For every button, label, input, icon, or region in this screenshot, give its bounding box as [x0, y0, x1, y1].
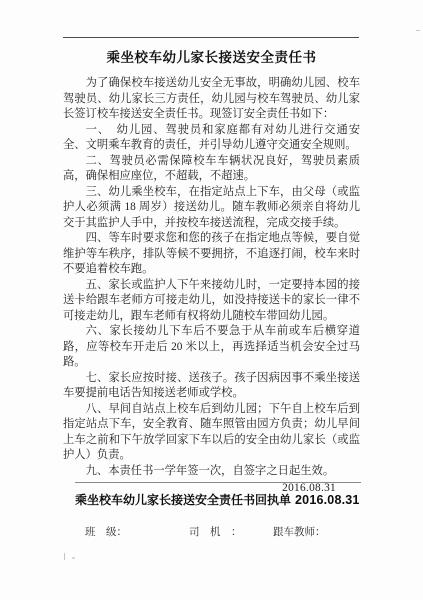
footer-dot [72, 557, 75, 559]
paragraph-item-1: 一、 幼儿园、驾驶员和家庭都有对幼儿进行交通安全、文明乘车教育的责任，并引导幼儿… [63, 123, 360, 154]
paragraph-item-3: 三、幼儿乘坐校车，在指定站点上下车，由父母（或监护人必须满 18 周岁）接送幼儿… [63, 185, 360, 232]
footer-mark [64, 553, 65, 560]
document-title: 乘坐校车幼儿家长接送安全责任书 [0, 46, 423, 66]
paragraph-item-7: 七、家长应按时接、送孩子。孩子因病因事不乘坐接送车要提前电话告知接送老师或学校。 [63, 371, 360, 402]
receipt-title-text: 乘坐校车幼儿家长接送安全责任书回执单 [75, 493, 291, 507]
driver-field-label: 司 机 ： [189, 524, 242, 539]
document-body: 为了确保校车接送幼儿安全无事故，明确幼儿园、校车驾驶员、幼儿家长三方责任，幼儿园… [63, 76, 360, 497]
receipt-date: 2016.08.31 [295, 493, 360, 507]
receipt-divider-rule [75, 482, 361, 483]
paragraph-item-2: 二、驾驶员必需保障校车车辆状况良好，驾驶员素质高，确保相应座位，不超载，不超速。 [63, 154, 360, 185]
paragraph-item-4: 四、等车时要求您和您的孩子在指定地点等候，要自觉维护等车秩序，排队等候不要拥挤，… [63, 231, 360, 278]
document-page: 乘坐校车幼儿家长接送安全责任书 为了确保校车接送幼儿安全无事故，明确幼儿园、校车… [0, 0, 423, 600]
header-rule [63, 37, 359, 38]
paragraph-item-9: 九、本责任书一学年签一次，自签字之日起生效。 [63, 464, 360, 480]
paragraph-item-8: 八、早间自站点上校车后到幼儿园；下午自上校车后到指定站点下车，安全教育、随车照管… [63, 402, 360, 464]
top-right-mark [416, 30, 420, 31]
escort-teacher-field-label: 跟车教师： [273, 524, 326, 539]
paragraph-item-5: 五、家长或监护人下午来接幼儿时，一定要持本园的接送卡给跟车老师方可接走幼儿，如没… [63, 278, 360, 325]
paragraph-item-6: 六、家长接幼儿下车后不要急于从车前或车后横穿道路，应等校车开走后 20 米以上，… [63, 324, 360, 371]
paragraph-intro: 为了确保校车接送幼儿安全无事故，明确幼儿园、校车驾驶员、幼儿家长三方责任，幼儿园… [63, 76, 360, 123]
class-field-label: 班 级： [85, 524, 127, 539]
receipt-title: 乘坐校车幼儿家长接送安全责任书回执单2016.08.31 [75, 491, 405, 508]
